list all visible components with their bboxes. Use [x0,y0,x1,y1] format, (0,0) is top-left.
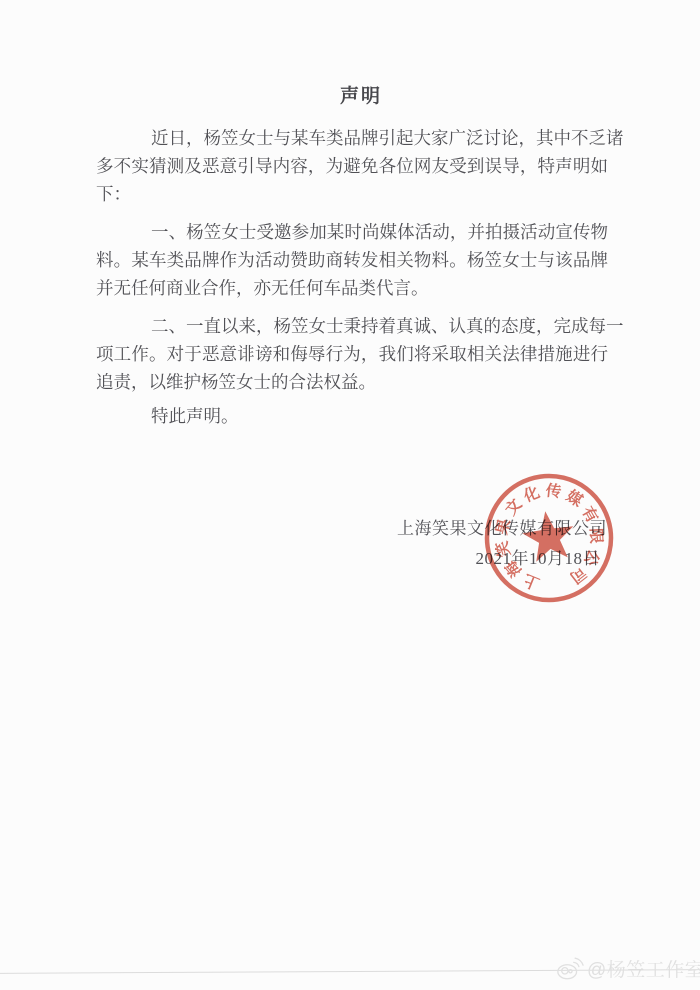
paragraph-line: 下： [96,180,608,208]
watermark: @杨笠工作室 [556,954,700,982]
paragraph-line: 一、杨笠女士受邀参加某时尚媒体活动，并拍摄活动宣传物 [96,218,608,246]
paragraph-line: 近日，杨笠女士与某车类品牌引起大家广泛讨论，其中不乏诸 [96,124,608,152]
paragraph-intro: 近日，杨笠女士与某车类品牌引起大家广泛讨论，其中不乏诸 多不实猜测及恶意引导内容… [96,124,608,208]
weibo-icon [556,954,584,982]
watermark-text: @杨笠工作室 [587,955,700,982]
signature-date: 2021年10月18日 [476,544,601,569]
paragraph-line: 二、一直以来，杨笠女士秉持着真诚、认真的态度，完成每一 [96,312,608,340]
svg-text:媒: 媒 [563,486,587,511]
paragraph-line: 项工作。对于恶意诽谤和侮辱行为，我们将采取相关法律措施进行 [96,340,608,368]
statement-document: 声明 近日，杨笠女士与某车类品牌引起大家广泛讨论，其中不乏诸 多不实猜测及恶意引… [0,0,700,990]
signature-company: 上海笑果文化传媒有限公司 [397,514,607,539]
paragraph-item-1: 一、杨笠女士受邀参加某时尚媒体活动，并拍摄活动宣传物 料。某车类品牌作为活动赞助… [96,218,608,302]
paragraph-line: 多不实猜测及恶意引导内容，为避免各位网友受到误导，特声明如 [96,152,608,180]
paragraph-item-2: 二、一直以来，杨笠女士秉持着真诚、认真的态度，完成每一 项工作。对于恶意诽谤和侮… [96,312,608,396]
paragraph-line: 料。某车类品牌作为活动赞助商转发相关物料。杨笠女士与该品牌 [96,246,608,274]
paragraph-line: 追责，以维护杨笠女士的合法权益。 [96,368,608,396]
svg-text:传: 传 [544,480,563,501]
page-title: 声明 [0,81,700,108]
svg-text:上: 上 [520,570,542,593]
svg-text:化: 化 [520,482,543,506]
paragraph-line: 并无任何商业合作，亦无任何车品类代言。 [96,274,608,302]
closing-statement: 特此声明。 [96,403,239,428]
